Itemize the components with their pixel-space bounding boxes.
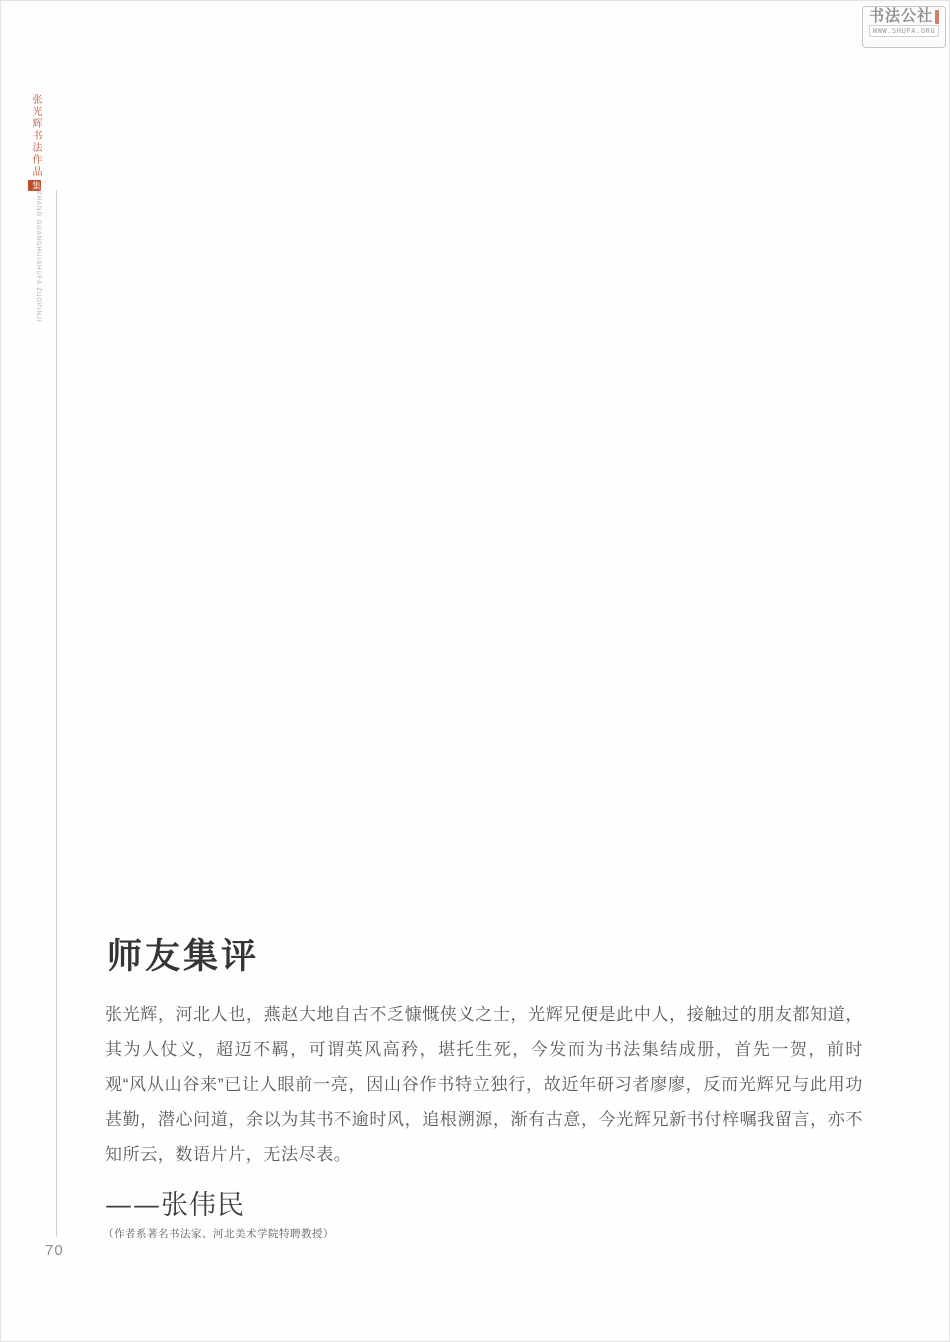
scanned-book-page: 书法公社 WWW.SHUFA.ORG 张光辉书法作品集 ZHANG GUANGH…	[0, 0, 950, 1342]
review-paragraph: 张光辉，河北人也，燕赵大地自古不乏慷慨侠义之士，光辉兄便是此中人，接触过的朋友都…	[105, 997, 863, 1172]
spine-title-pinyin-line2: SHUFA ZUOPINJI	[28, 260, 42, 323]
left-margin-rule	[56, 190, 57, 1237]
spine-title-chinese: 张光辉书法作品集	[28, 94, 42, 191]
spine-title-seal-char: 集	[28, 180, 41, 191]
shufa-url-label: WWW.SHUFA.ORG	[869, 25, 940, 37]
spine-vertical-title: 张光辉书法作品集 ZHANG GUANGHUI SHUFA ZUOPINJI	[28, 94, 42, 323]
shufa-watermark-box: 书法公社 WWW.SHUFA.ORG	[862, 6, 946, 48]
shufa-logo-text: 书法公社	[869, 9, 933, 25]
spine-title-pinyin-line1: ZHANG GUANGHUI	[28, 191, 42, 260]
page-number: 70	[45, 1242, 64, 1259]
section-heading: 师友集评	[107, 936, 259, 978]
logo-seal-icon	[935, 10, 939, 24]
reviewer-signature: ——张伟民	[105, 1188, 245, 1223]
watermark-title-row: 书法公社	[869, 9, 939, 24]
reviewer-title-note: （作者系著名书法家、河北美术学院特聘教授）	[103, 1226, 334, 1241]
spine-title-text: 张光辉书法作品	[30, 94, 41, 178]
